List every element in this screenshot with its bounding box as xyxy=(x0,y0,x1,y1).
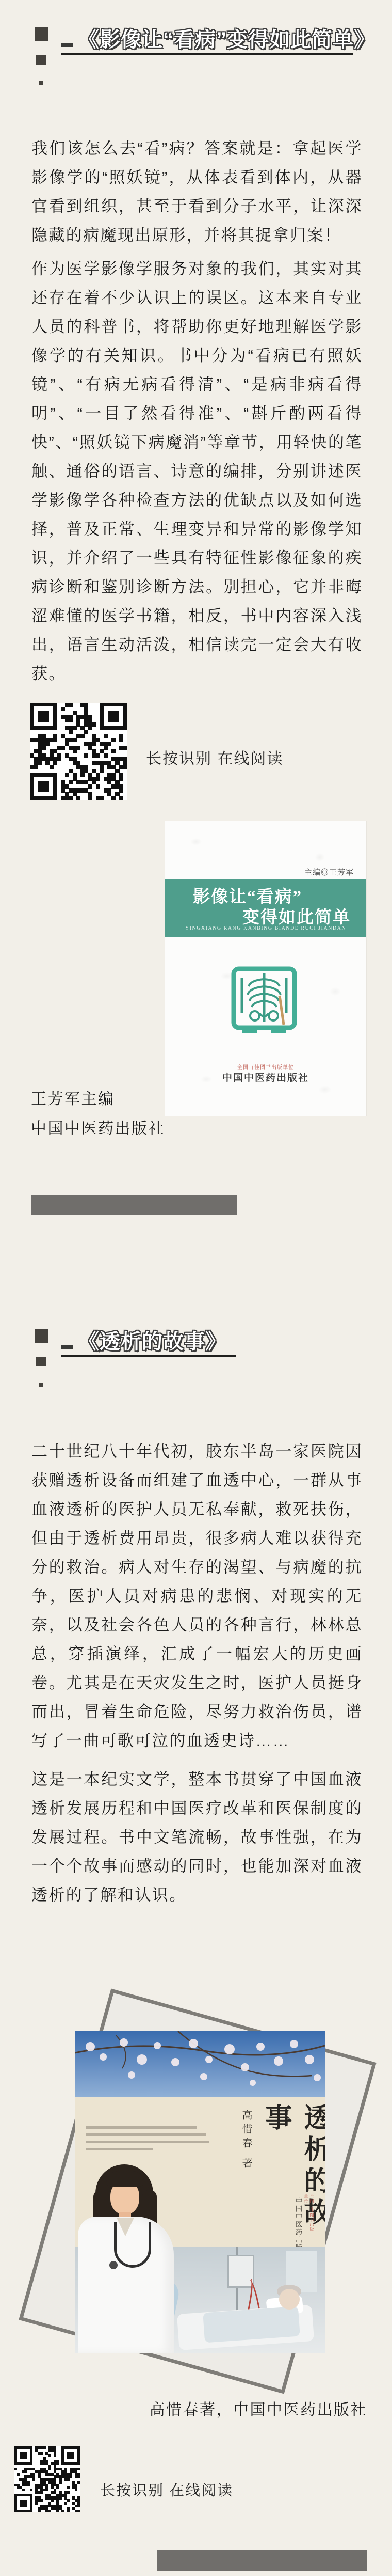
paragraph: 我们该怎么去“看”病？答案就是：拿起医学影像学的“照妖镜”，从体表看到体内，从器… xyxy=(31,134,363,250)
qr-finder-icon xyxy=(30,773,57,800)
decor-square-small-2 xyxy=(39,1383,43,1387)
cherry-blossom-sky-photo xyxy=(75,2031,325,2097)
book1-cover-image: 主编◎王芳军 影像让“看病” 变得如此简单 YINGXIANG RANG KAN… xyxy=(165,821,366,1116)
qr-finder-icon xyxy=(61,2446,80,2465)
qr-code-book1[interactable] xyxy=(30,703,127,800)
qr-instruction-1: 长按识别 在线阅读 xyxy=(146,746,283,768)
doctor-figure-hair xyxy=(106,2171,144,2187)
qr-finder-icon xyxy=(14,2494,32,2512)
book1-title-line2: 变得如此简单 xyxy=(242,904,351,928)
decor-square-medium-2 xyxy=(36,1357,46,1366)
qr-finder-icon xyxy=(14,2446,32,2465)
paragraph: 这是一本纪实文学，整本书贯穿了中国血液透析发展历程和中国医疗改革和医保制度的发展… xyxy=(31,1765,363,1910)
stethoscope-icon xyxy=(114,2222,151,2268)
heading-underline-1 xyxy=(61,53,353,55)
patient-figure xyxy=(279,2289,300,2310)
book1-title-band: 影像让“看病” 变得如此简单 YINGXIANG RANG KANBING BI… xyxy=(165,879,366,937)
xray-skeleton-icon xyxy=(231,966,298,1036)
section1-heading: 《影像让“看病”变得如此简单》 xyxy=(78,28,367,53)
decor-square-small-1 xyxy=(39,81,43,85)
decor-square-large-1 xyxy=(35,27,48,41)
decor-square-medium-1 xyxy=(36,55,46,65)
article-page: 《影像让“看病”变得如此简单》 我们该怎么去“看”病？答案就是：拿起医学影像学的… xyxy=(0,0,392,2576)
decor-square-large-2 xyxy=(35,1329,48,1343)
book1-title-pinyin: YINGXIANG RANG KANBING BIANDE RUCI JIAND… xyxy=(165,925,366,931)
decor-dash-2 xyxy=(61,1345,73,1349)
divider-bar-2 xyxy=(157,2550,367,2571)
book1-caption: 王芳军主编 中国中医药出版社 xyxy=(31,1085,165,1143)
book1-award-stamp: 全国百佳图书出版单位 xyxy=(165,1063,366,1071)
book1-publisher: 中国中医药出版社 xyxy=(165,1070,366,1084)
book2-caption: 高惜春著，中国中医药出版社 xyxy=(119,2395,367,2425)
paragraph: 作为医学影像学服务对象的我们，其实对其还存在着不少认识上的误区。这本来自专业人员… xyxy=(31,255,363,688)
qr-finder-icon xyxy=(100,703,127,730)
stethoscope-icon xyxy=(109,2261,118,2269)
paragraph: 二十世纪八十年代初，胶东半岛一家医院因获赠透析设备而组建了血透中心，一群从事血液… xyxy=(31,1437,363,1755)
section2-heading: 《透析的故事》 xyxy=(78,1330,367,1355)
divider-bar-1 xyxy=(31,1195,237,1215)
heading-underline-2 xyxy=(61,1355,236,1357)
book2-award-stamp: 全国百佳图书出版单位 xyxy=(303,2194,315,2236)
book1-editor-credit: 主编◎王芳军 xyxy=(304,867,354,877)
book2-author-vertical: 高惜春 著 xyxy=(239,2110,254,2197)
decor-dash-1 xyxy=(61,43,73,47)
qr-code-book2[interactable] xyxy=(14,2446,80,2512)
qr-instruction-2: 长按识别 在线阅读 xyxy=(100,2479,233,2500)
qr-finder-icon xyxy=(30,703,57,730)
book2-title-vertical: 透析的故事 xyxy=(256,2103,325,2258)
